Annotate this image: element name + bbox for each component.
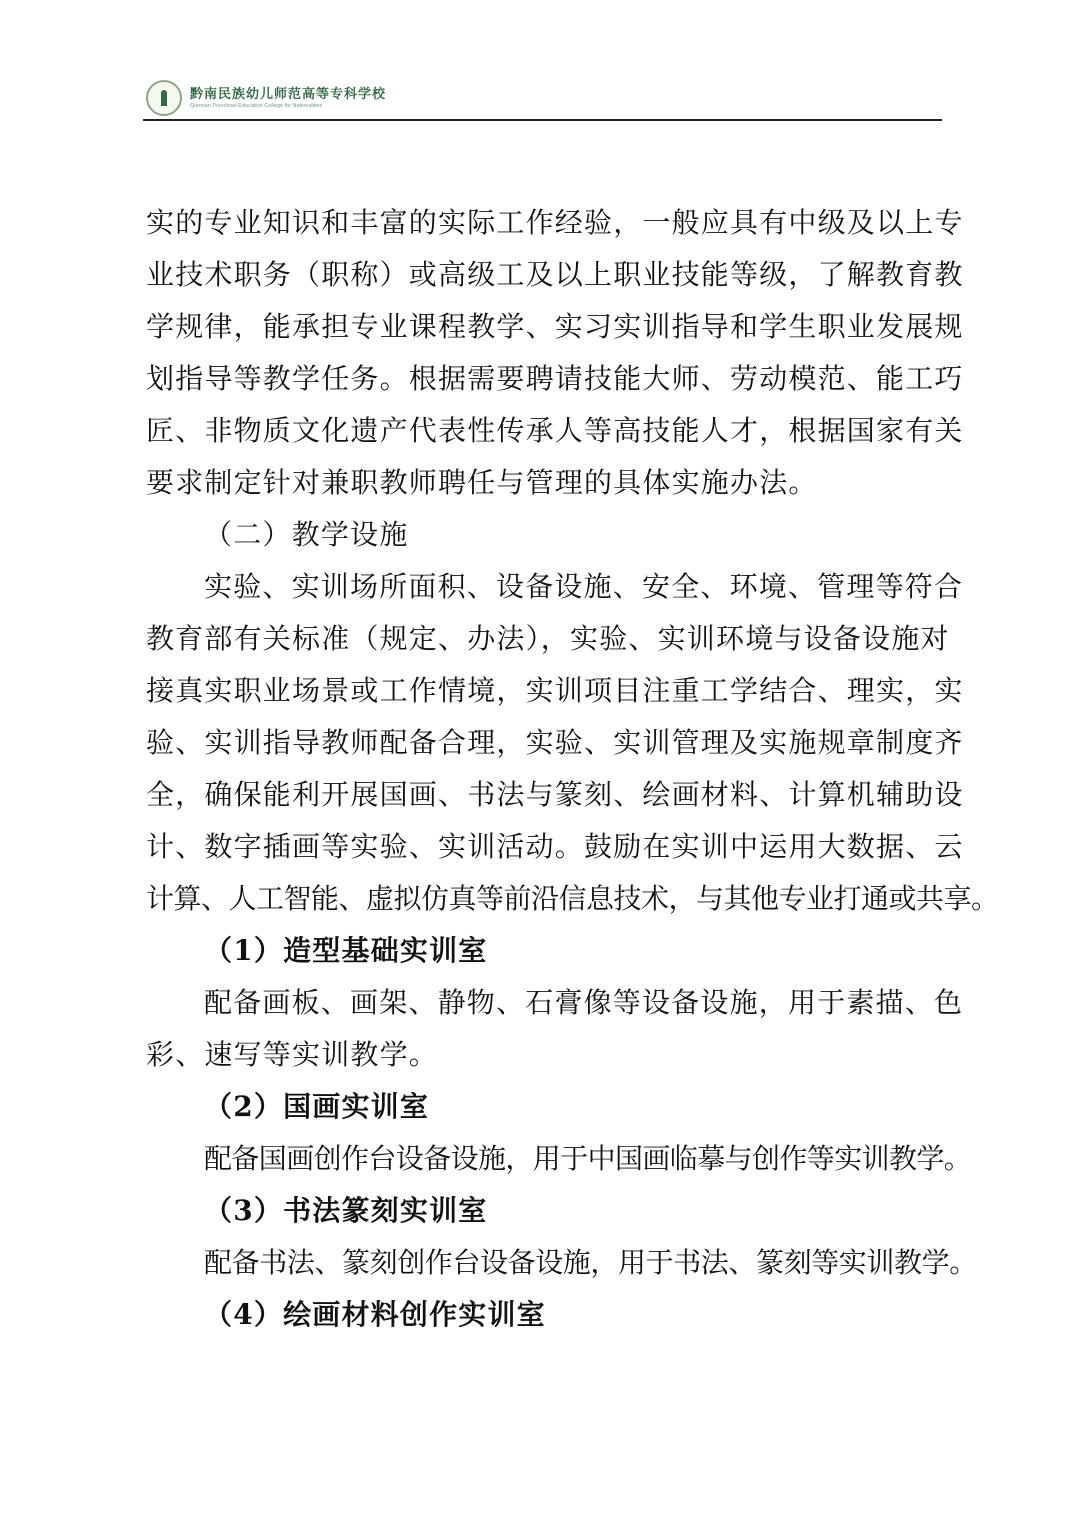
paragraph-line: 配备书法、篆刻创作台设备设施，用于书法、篆刻等实训教学。 <box>146 1237 946 1289</box>
paragraph-line: 配备画板、画架、静物、石膏像等设备设施，用于素描、色 <box>146 977 946 1029</box>
paragraph-line: 全，确保能利开展国画、书法与篆刻、绘画材料、计算机辅助设 <box>146 769 946 821</box>
paragraph-line: 接真实职业场景或工作情境，实训项目注重工学结合、理实，实 <box>146 665 946 717</box>
header-divider <box>143 119 942 121</box>
paragraph-line: 学规律，能承担专业课程教学、实习实训指导和学生职业发展规 <box>146 301 946 353</box>
subsection-heading: （3）书法篆刻实训室 <box>146 1185 946 1237</box>
subsection-heading: （2）国画实训室 <box>146 1081 946 1133</box>
section-heading: （二）教学设施 <box>146 509 946 561</box>
school-name-cn: 黔南民族幼儿师范高等专科学校 <box>190 87 386 102</box>
document-body: 实的专业知识和丰富的实际工作经验，一般应具有中级及以上专 业技术职务（职称）或高… <box>146 197 946 1341</box>
paragraph-line: 教育部有关标准（规定、办法），实验、实训环境与设备设施对 <box>146 613 946 665</box>
subsection-heading: （4）绘画材料创作实训室 <box>146 1289 946 1341</box>
paragraph-line: 要求制定针对兼职教师聘任与管理的具体实施办法。 <box>146 457 946 509</box>
paragraph-line: 实验、实训场所面积、设备设施、安全、环境、管理等符合 <box>146 561 946 613</box>
school-name: 黔南民族幼儿师范高等专科学校 Qiannan Preschool Educati… <box>190 87 386 110</box>
paragraph-line: 验、实训指导教师配备合理，实验、实训管理及实施规章制度齐 <box>146 717 946 769</box>
school-emblem-icon <box>146 80 182 116</box>
paragraph-line: 实的专业知识和丰富的实际工作经验，一般应具有中级及以上专 <box>146 197 946 249</box>
subsection-heading: （1）造型基础实训室 <box>146 925 946 977</box>
paragraph-line: 计、数字插画等实验、实训活动。鼓励在实训中运用大数据、云 <box>146 821 946 873</box>
page-header: 黔南民族幼儿师范高等专科学校 Qiannan Preschool Educati… <box>146 78 386 118</box>
paragraph-line: 配备国画创作台设备设施，用于中国画临摹与创作等实训教学。 <box>146 1133 946 1185</box>
paragraph-line: 彩、速写等实训教学。 <box>146 1029 946 1081</box>
paragraph-line: 计算、人工智能、虚拟仿真等前沿信息技术，与其他专业打通或共享。 <box>146 873 946 925</box>
paragraph-line: 匠、非物质文化遗产代表性传承人等高技能人才，根据国家有关 <box>146 405 946 457</box>
school-name-en: Qiannan Preschool Education College for … <box>190 102 386 110</box>
paragraph-line: 业技术职务（职称）或高级工及以上职业技能等级，了解教育教 <box>146 249 946 301</box>
paragraph-line: 划指导等教学任务。根据需要聘请技能大师、劳动模范、能工巧 <box>146 353 946 405</box>
